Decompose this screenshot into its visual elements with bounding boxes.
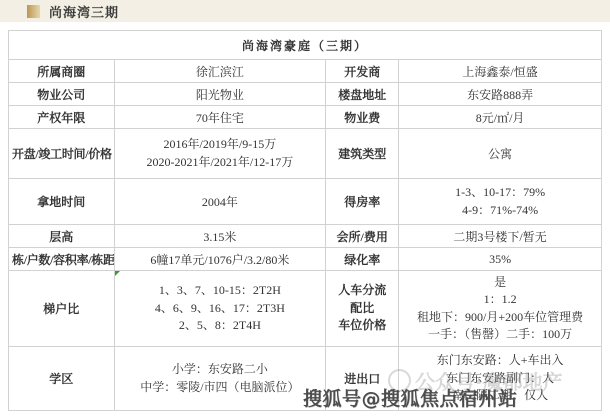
row-label: 人车分流 配比 车位价格 <box>326 271 399 347</box>
table-row: 物业公司 阳光物业 楼盘地址 东安路888弄 <box>9 83 602 106</box>
table-row: 栋/户数/容积率/栋距 6幢17单元/1076户/3.2/80米 绿化率 35% <box>9 248 602 271</box>
row-value: 2016年/2019年/9-15万 2020-2021年/2021年/12-17… <box>114 129 326 179</box>
row-value: 6幢17单元/1076户/3.2/80米 <box>114 248 326 271</box>
row-label: 物业费 <box>326 106 399 129</box>
row-label: 绿化率 <box>326 248 399 271</box>
row-label: 开发商 <box>326 60 399 83</box>
table-row: 层高 3.15米 会所/费用 二期3号楼下/暂无 <box>9 225 602 248</box>
row-value: 徐汇滨江 <box>114 60 326 83</box>
row-value: 公寓 <box>399 129 602 179</box>
table-row: 所属商圈 徐汇滨江 开发商 上海鑫泰/恒盛 <box>9 60 602 83</box>
row-label: 得房率 <box>326 179 399 225</box>
row-label: 所属商圈 <box>9 60 115 83</box>
row-label: 学区 <box>9 347 115 411</box>
row-value: 35% <box>399 248 602 271</box>
row-value: 二期3号楼下/暂无 <box>399 225 602 248</box>
row-value: 70年住宅 <box>114 106 326 129</box>
row-value-text: 1、3、7、10-15：2T2H 4、6、9、16、17：2T3H 2、5、8：… <box>155 283 285 332</box>
row-value: 2004年 <box>114 179 326 225</box>
row-label: 栋/户数/容积率/栋距 <box>9 248 115 271</box>
row-value: 小学：东安路二小 中学：零陵/市四（电脑派位） <box>114 347 326 411</box>
property-info-table: 尚海湾豪庭（三期） 所属商圈 徐汇滨江 开发商 上海鑫泰/恒盛 物业公司 阳光物… <box>8 30 602 411</box>
cell-note-marker-icon <box>115 271 120 276</box>
table-row: 产权年限 70年住宅 物业费 8元/㎡/月 <box>9 106 602 129</box>
row-label: 层高 <box>9 225 115 248</box>
row-label: 梯户比 <box>9 271 115 347</box>
row-value: 8元/㎡/月 <box>399 106 602 129</box>
page-header: 尚海湾三期 <box>0 0 610 22</box>
row-label: 拿地时间 <box>9 179 115 225</box>
row-value: 是 1：1.2 租地下：900/月+200车位管理费 一手：（售罄）二手：100… <box>399 271 602 347</box>
table-row: 开盘/竣工时间/价格 2016年/2019年/9-15万 2020-2021年/… <box>9 129 602 179</box>
row-label: 楼盘地址 <box>326 83 399 106</box>
row-label: 开盘/竣工时间/价格 <box>9 129 115 179</box>
site-logo-icon <box>27 5 40 18</box>
row-value: 1-3、10-17：79% 4-9：71%-74% <box>399 179 602 225</box>
row-value: 上海鑫泰/恒盛 <box>399 60 602 83</box>
row-value: 1、3、7、10-15：2T2H 4、6、9、16、17：2T3H 2、5、8：… <box>114 271 326 347</box>
page-header-title: 尚海湾三期 <box>49 2 119 21</box>
table-row: 拿地时间 2004年 得房率 1-3、10-17：79% 4-9：71%-74% <box>9 179 602 225</box>
row-value: 3.15米 <box>114 225 326 248</box>
row-label: 会所/费用 <box>326 225 399 248</box>
sohu-watermark: 搜狐号@搜狐焦点宿州站 <box>303 384 518 411</box>
row-label: 产权年限 <box>9 106 115 129</box>
row-label: 物业公司 <box>9 83 115 106</box>
row-value: 东安路888弄 <box>399 83 602 106</box>
row-label: 建筑类型 <box>326 129 399 179</box>
table-title: 尚海湾豪庭（三期） <box>9 31 602 60</box>
row-value: 阳光物业 <box>114 83 326 106</box>
table-row: 梯户比 1、3、7、10-15：2T2H 4、6、9、16、17：2T3H 2、… <box>9 271 602 347</box>
